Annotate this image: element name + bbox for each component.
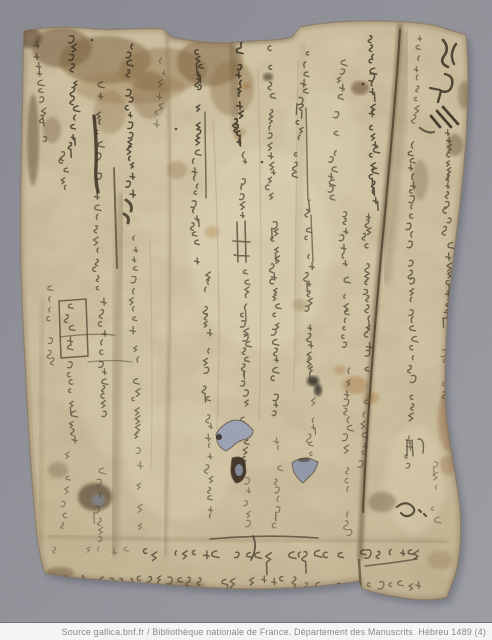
caption-bar: Source gallica.bnf.fr / Bibliothèque nat… xyxy=(0,622,492,640)
manuscript-photo xyxy=(0,0,492,640)
photo-grain xyxy=(0,0,492,622)
caption-text: Source gallica.bnf.fr / Bibliothèque nat… xyxy=(62,627,486,637)
manuscript-viewer: Source gallica.bnf.fr / Bibliothèque nat… xyxy=(0,0,492,640)
